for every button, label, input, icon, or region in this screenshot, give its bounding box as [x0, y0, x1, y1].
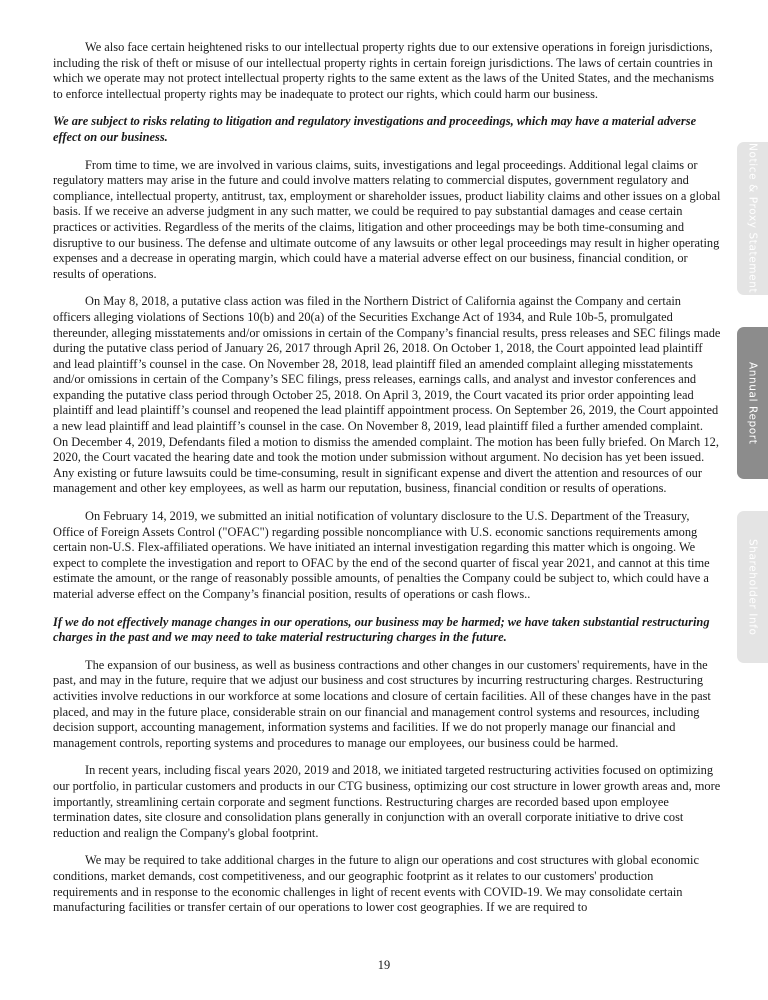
paragraph-ofac-disclosure: On February 14, 2019, we submitted an in… — [53, 509, 721, 603]
paragraph-business-expansion: The expansion of our business, as well a… — [53, 658, 721, 752]
paragraph-ip-risks: We also face certain heightened risks to… — [53, 40, 721, 102]
tab-annual-report[interactable]: Annual Report — [737, 327, 768, 479]
heading-litigation-risks: We are subject to risks relating to liti… — [53, 114, 721, 145]
paragraph-additional-charges: We may be required to take additional ch… — [53, 853, 721, 915]
paragraph-recent-restructuring: In recent years, including fiscal years … — [53, 763, 721, 841]
tab-label: Shareholder Info — [747, 539, 759, 636]
page-number: 19 — [0, 958, 768, 973]
heading-restructuring-risks: If we do not effectively manage changes … — [53, 615, 721, 646]
paragraph-class-action: On May 8, 2018, a putative class action … — [53, 294, 721, 497]
document-page: We also face certain heightened risks to… — [53, 40, 721, 928]
tab-shareholder-info[interactable]: Shareholder Info — [737, 511, 768, 663]
tab-label: Annual Report — [747, 362, 759, 444]
tab-notice-proxy-statement[interactable]: Notice & Proxy Statement — [737, 142, 768, 295]
paragraph-legal-claims: From time to time, we are involved in va… — [53, 158, 721, 283]
tab-label: Notice & Proxy Statement — [747, 143, 759, 293]
